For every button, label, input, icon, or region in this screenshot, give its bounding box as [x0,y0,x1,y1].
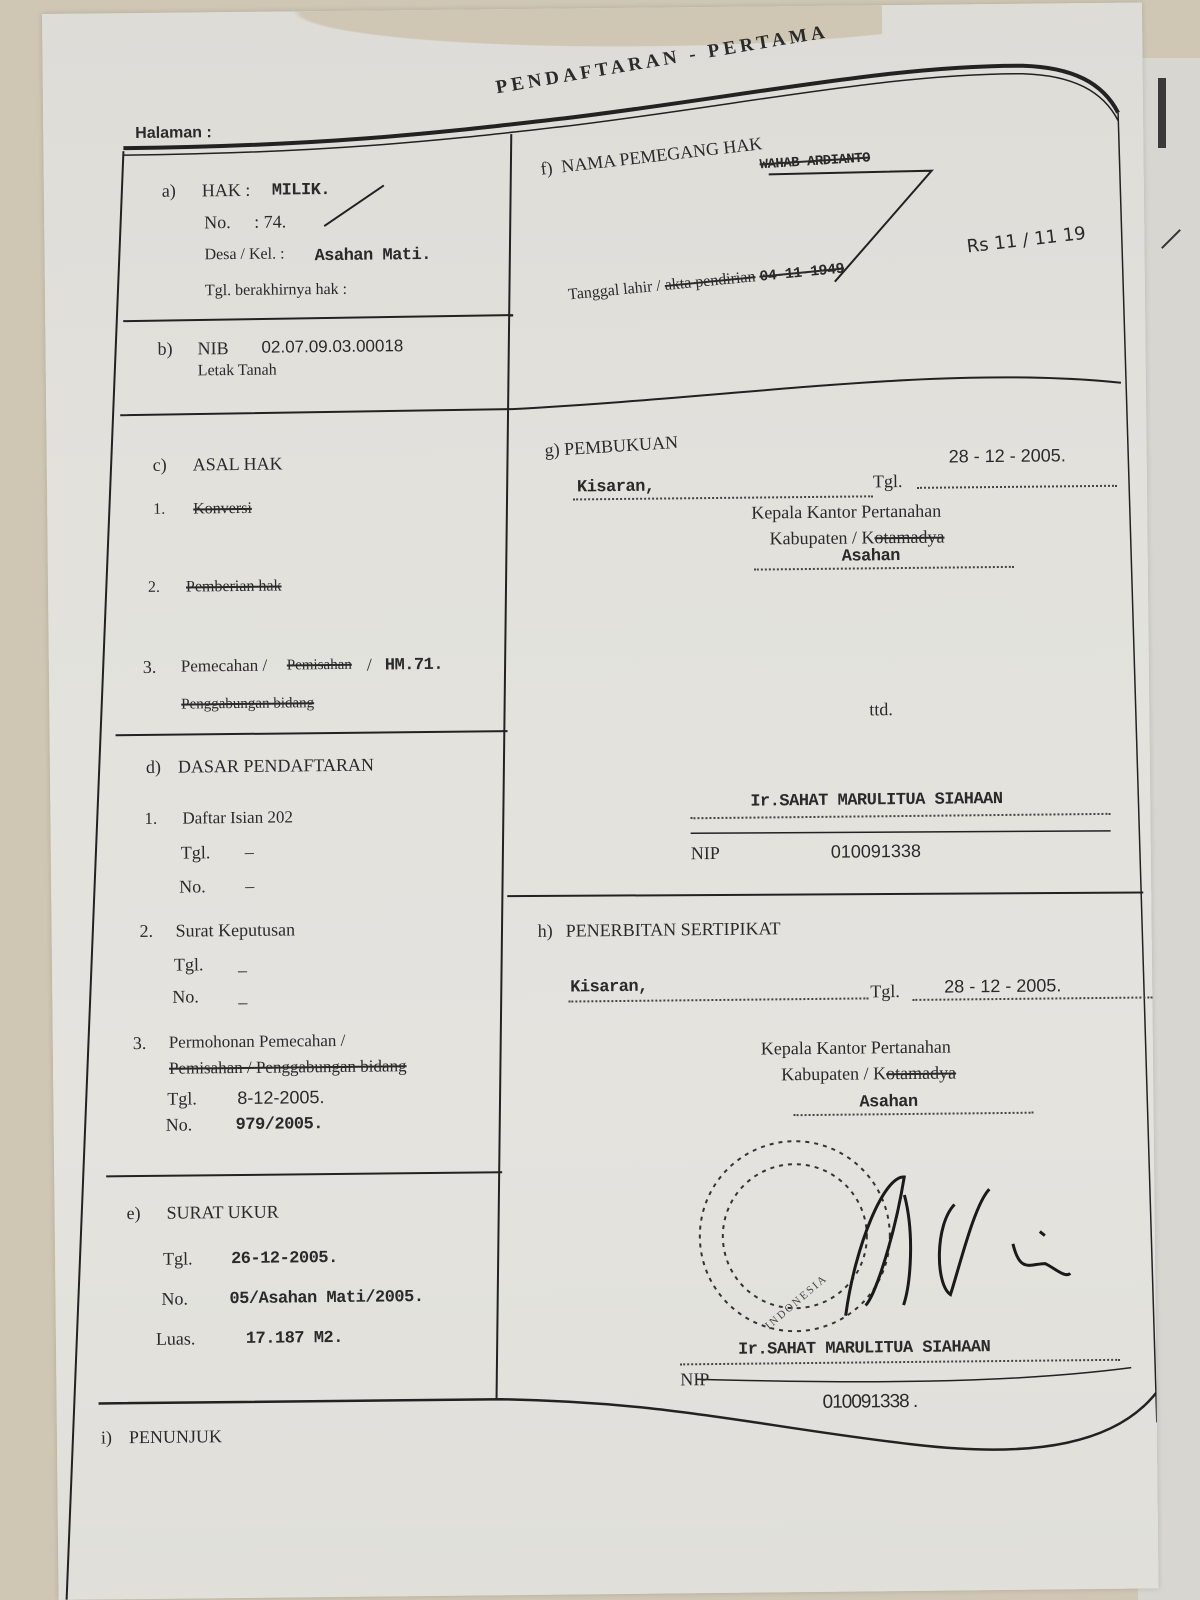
nip-value: 010091338 [831,841,921,863]
item-number: 2. [140,921,154,942]
tgl-value: – [245,842,254,863]
no-value: _ [238,986,247,1007]
nip-label: NIP [680,1369,709,1390]
background-mark [1161,229,1181,249]
section-c-label: c) [153,455,167,476]
no-label: No. [166,1114,193,1135]
permohonan-title: Permohonan Pemecahan / [169,1031,346,1053]
item-number: 1. [153,501,165,519]
section-g-label: g) [544,439,560,460]
surat-ukur-tgl-value: 26-12-2005. [231,1249,338,1269]
tgl-value: _ [238,954,247,975]
official-name: Ir.SAHAT MARULITUA SIAHAAN [750,790,1002,812]
hak-value: MILIK. [272,181,330,201]
pemberian-hak-struck: Pemberian hak [186,578,282,597]
tgl-label: Tgl. [167,1088,197,1109]
pembukuan-tgl-value: 28 - 12 - 2005. [949,445,1066,467]
no-label: No. [179,876,206,897]
office-line-1: Kepala Kantor Pertanahan [761,1037,951,1060]
hak-label: HAK : [202,180,251,202]
item-number: 3. [133,1033,147,1054]
section-b-label: b) [157,339,172,360]
office-line-2: Kabupaten / Kotamadya [769,527,944,550]
nip-label: NIP [691,843,720,864]
pemecahan-label: Pemecahan / [181,656,268,677]
section-d-label: d) [146,757,161,778]
section-a-label: a) [162,181,176,202]
signature [844,1175,1070,1315]
penerbitan-place: Kisaran, [570,978,648,998]
nib-value: 02.07.09.03.00018 [261,336,403,357]
office-line-1: Kepala Kantor Pertanahan [751,501,941,524]
nib-label: NIB [197,338,228,359]
desa-label: Desa / Kel. : [204,245,284,264]
no-value: : 74. [254,211,286,232]
letak-tanah-label: Letak Tanah [198,362,277,381]
section-h-label: h) [538,921,553,942]
desa-value: Asahan Mati. [314,246,431,266]
item-number: 3. [143,657,157,678]
surat-keputusan-title: Surat Keputusan [176,919,296,941]
no-label: No. [172,986,199,1007]
pembukuan-tgl-label: Tgl. [873,471,903,492]
penerbitan-tgl-value: 28 - 12 - 2005. [944,975,1061,997]
pemisahan-penggabungan-struck: Pemisahan / Penggabungan bidang [169,1056,407,1078]
penunjuk-heading: PENUNJUK [129,1426,222,1448]
luas-label: Luas. [156,1328,196,1349]
official-name: Ir.SAHAT MARULITUA SIAHAAN [738,1338,990,1360]
pembukuan-place: Kisaran, [577,478,655,498]
surat-ukur-no-value: 05/Asahan Mati/2005. [229,1288,423,1309]
pemisahan-struck: Pemisahan [287,657,352,675]
berakhir-label: Tgl. berakhirnya hak : [205,281,347,300]
asal-hak-heading: ASAL HAK [193,454,283,476]
penerbitan-tgl-label: Tgl. [870,981,900,1002]
permohonan-tgl-value: 8-12-2005. [237,1087,324,1109]
nip-value: 010091338 . [822,1391,917,1414]
tgl-label: Tgl. [163,1248,193,1269]
region-value: Asahan [859,1093,917,1113]
section-i-label: i) [101,1427,112,1448]
item-number: 2. [148,579,160,597]
daftar-isian-title: Daftar Isian 202 [182,807,293,828]
section-e-label: e) [126,1203,140,1224]
penggabungan-struck: Penggabungan bidang [181,695,314,713]
ttd-label: ttd. [869,699,893,720]
section-f-label: f) [539,158,553,179]
background-mark [1158,78,1166,148]
office-line-2: Kabupaten / Kotamadya [781,1062,956,1085]
luas-value: 17.187 M2. [246,1329,343,1349]
konversi-struck: Konversi [193,500,252,519]
certificate-page: PENDAFTARAN - PERTAMA Halaman : a) HAK :… [42,2,1159,1599]
dasar-heading: DASAR PENDAFTARAN [178,755,374,778]
no-value: – [245,876,254,897]
penerbitan-heading: PENERBITAN SERTIPIKAT [566,918,781,941]
hm-value: HM.71. [385,656,443,676]
region-value: Asahan [842,547,900,567]
surat-ukur-heading: SURAT UKUR [166,1202,278,1224]
permohonan-no-value: 979/2005. [236,1115,324,1135]
separator: / [367,655,372,676]
no-label: No. [161,1289,188,1310]
tgl-label: Tgl. [174,954,204,975]
item-number: 1. [144,809,157,829]
tgl-label: Tgl. [181,842,211,863]
page-label: Halaman : [135,124,212,143]
no-label: No. [204,212,231,233]
